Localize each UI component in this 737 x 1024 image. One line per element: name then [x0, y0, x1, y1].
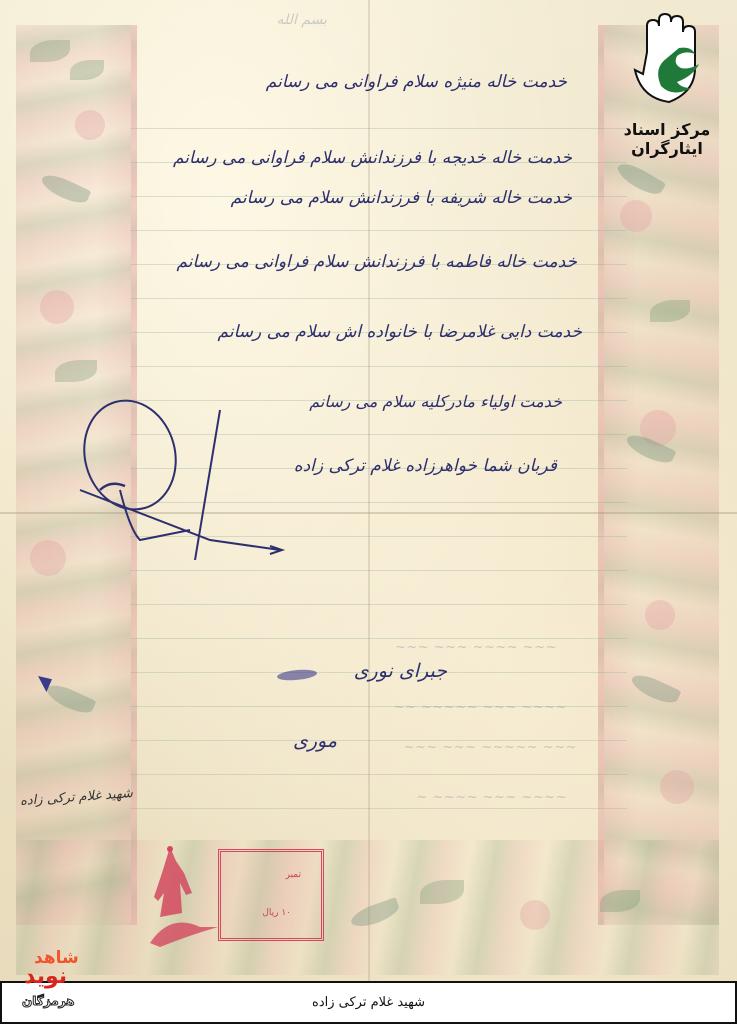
letter-line-6: خدمت اولیاء مادرکلیه سلام می رسانم — [309, 392, 562, 411]
flower-decoration — [660, 770, 694, 804]
stamp-figure-icon — [140, 843, 220, 949]
lower-note-2: موری — [293, 730, 337, 752]
logo-word-hormozgan: هرمزگان — [22, 994, 74, 1008]
letter-line-3: خدمت خاله شریفه با فرزندانش سلام می رسان… — [231, 188, 572, 208]
flower-decoration — [645, 600, 675, 630]
image-caption: شهید غلام ترکی زاده — [0, 981, 737, 1024]
revenue-stamp: تمبر ۱۰ ریال — [140, 843, 322, 949]
flower-decoration — [30, 540, 66, 576]
letter-line-1: خدمت خاله منیژه سلام فراوانی می رسانم — [266, 72, 567, 92]
flower-decoration — [520, 900, 550, 930]
faint-header: بسم الله — [277, 12, 327, 28]
caption-text: شهید غلام ترکی زاده — [312, 995, 425, 1010]
letter-line-5: خدمت دایی غلامرضا با خانواده اش سلام می … — [218, 322, 582, 342]
signature-scribble — [70, 390, 300, 570]
bleed-through-text: ‏~~~~ ~~~ ~~~~ ~ — [416, 790, 567, 805]
isargaran-documents-logo: مرکز اسناد ایثارگران — [603, 8, 731, 143]
stamp-value: ۱۰ ریال — [262, 908, 291, 918]
lower-note-1: جبرای نوری — [354, 660, 447, 682]
letter-line-4: خدمت خاله فاطمه با فرزندانش سلام فراوانی… — [176, 252, 577, 272]
bleed-through-text: ‏~~~~ ~~~ ~~~~~ ~~ — [394, 700, 567, 715]
bleed-through-text: ‏~~~ ~~~~ ~~~ ~~~ — [395, 640, 557, 655]
letter-closing: قربان شما خواهرزاده غلام ترکی زاده — [294, 456, 557, 476]
logo-word-navid: نوید — [24, 964, 67, 989]
letter-line-2: خدمت خاله خدیجه با فرزندانش سلام فراوانی… — [173, 148, 572, 168]
hand-dove-icon — [633, 12, 701, 107]
stamp-text: تمبر — [286, 870, 301, 880]
stamp-frame: تمبر ۱۰ ریال — [218, 849, 324, 941]
flower-decoration — [40, 290, 74, 324]
logo-label: مرکز اسناد ایثارگران — [603, 120, 731, 158]
bleed-through-text: ‏~~~ ~~~~~ ~~~ ~~~ — [404, 740, 577, 755]
flower-decoration — [75, 110, 105, 140]
navid-shahed-logo: شاهد نوید هرمزگان — [22, 948, 102, 1020]
letter-scan: بسم الله ‏~~~ ~~~~ ~~~ ~~~ ‏~~~~ ~~~ ~~~… — [0, 0, 737, 981]
